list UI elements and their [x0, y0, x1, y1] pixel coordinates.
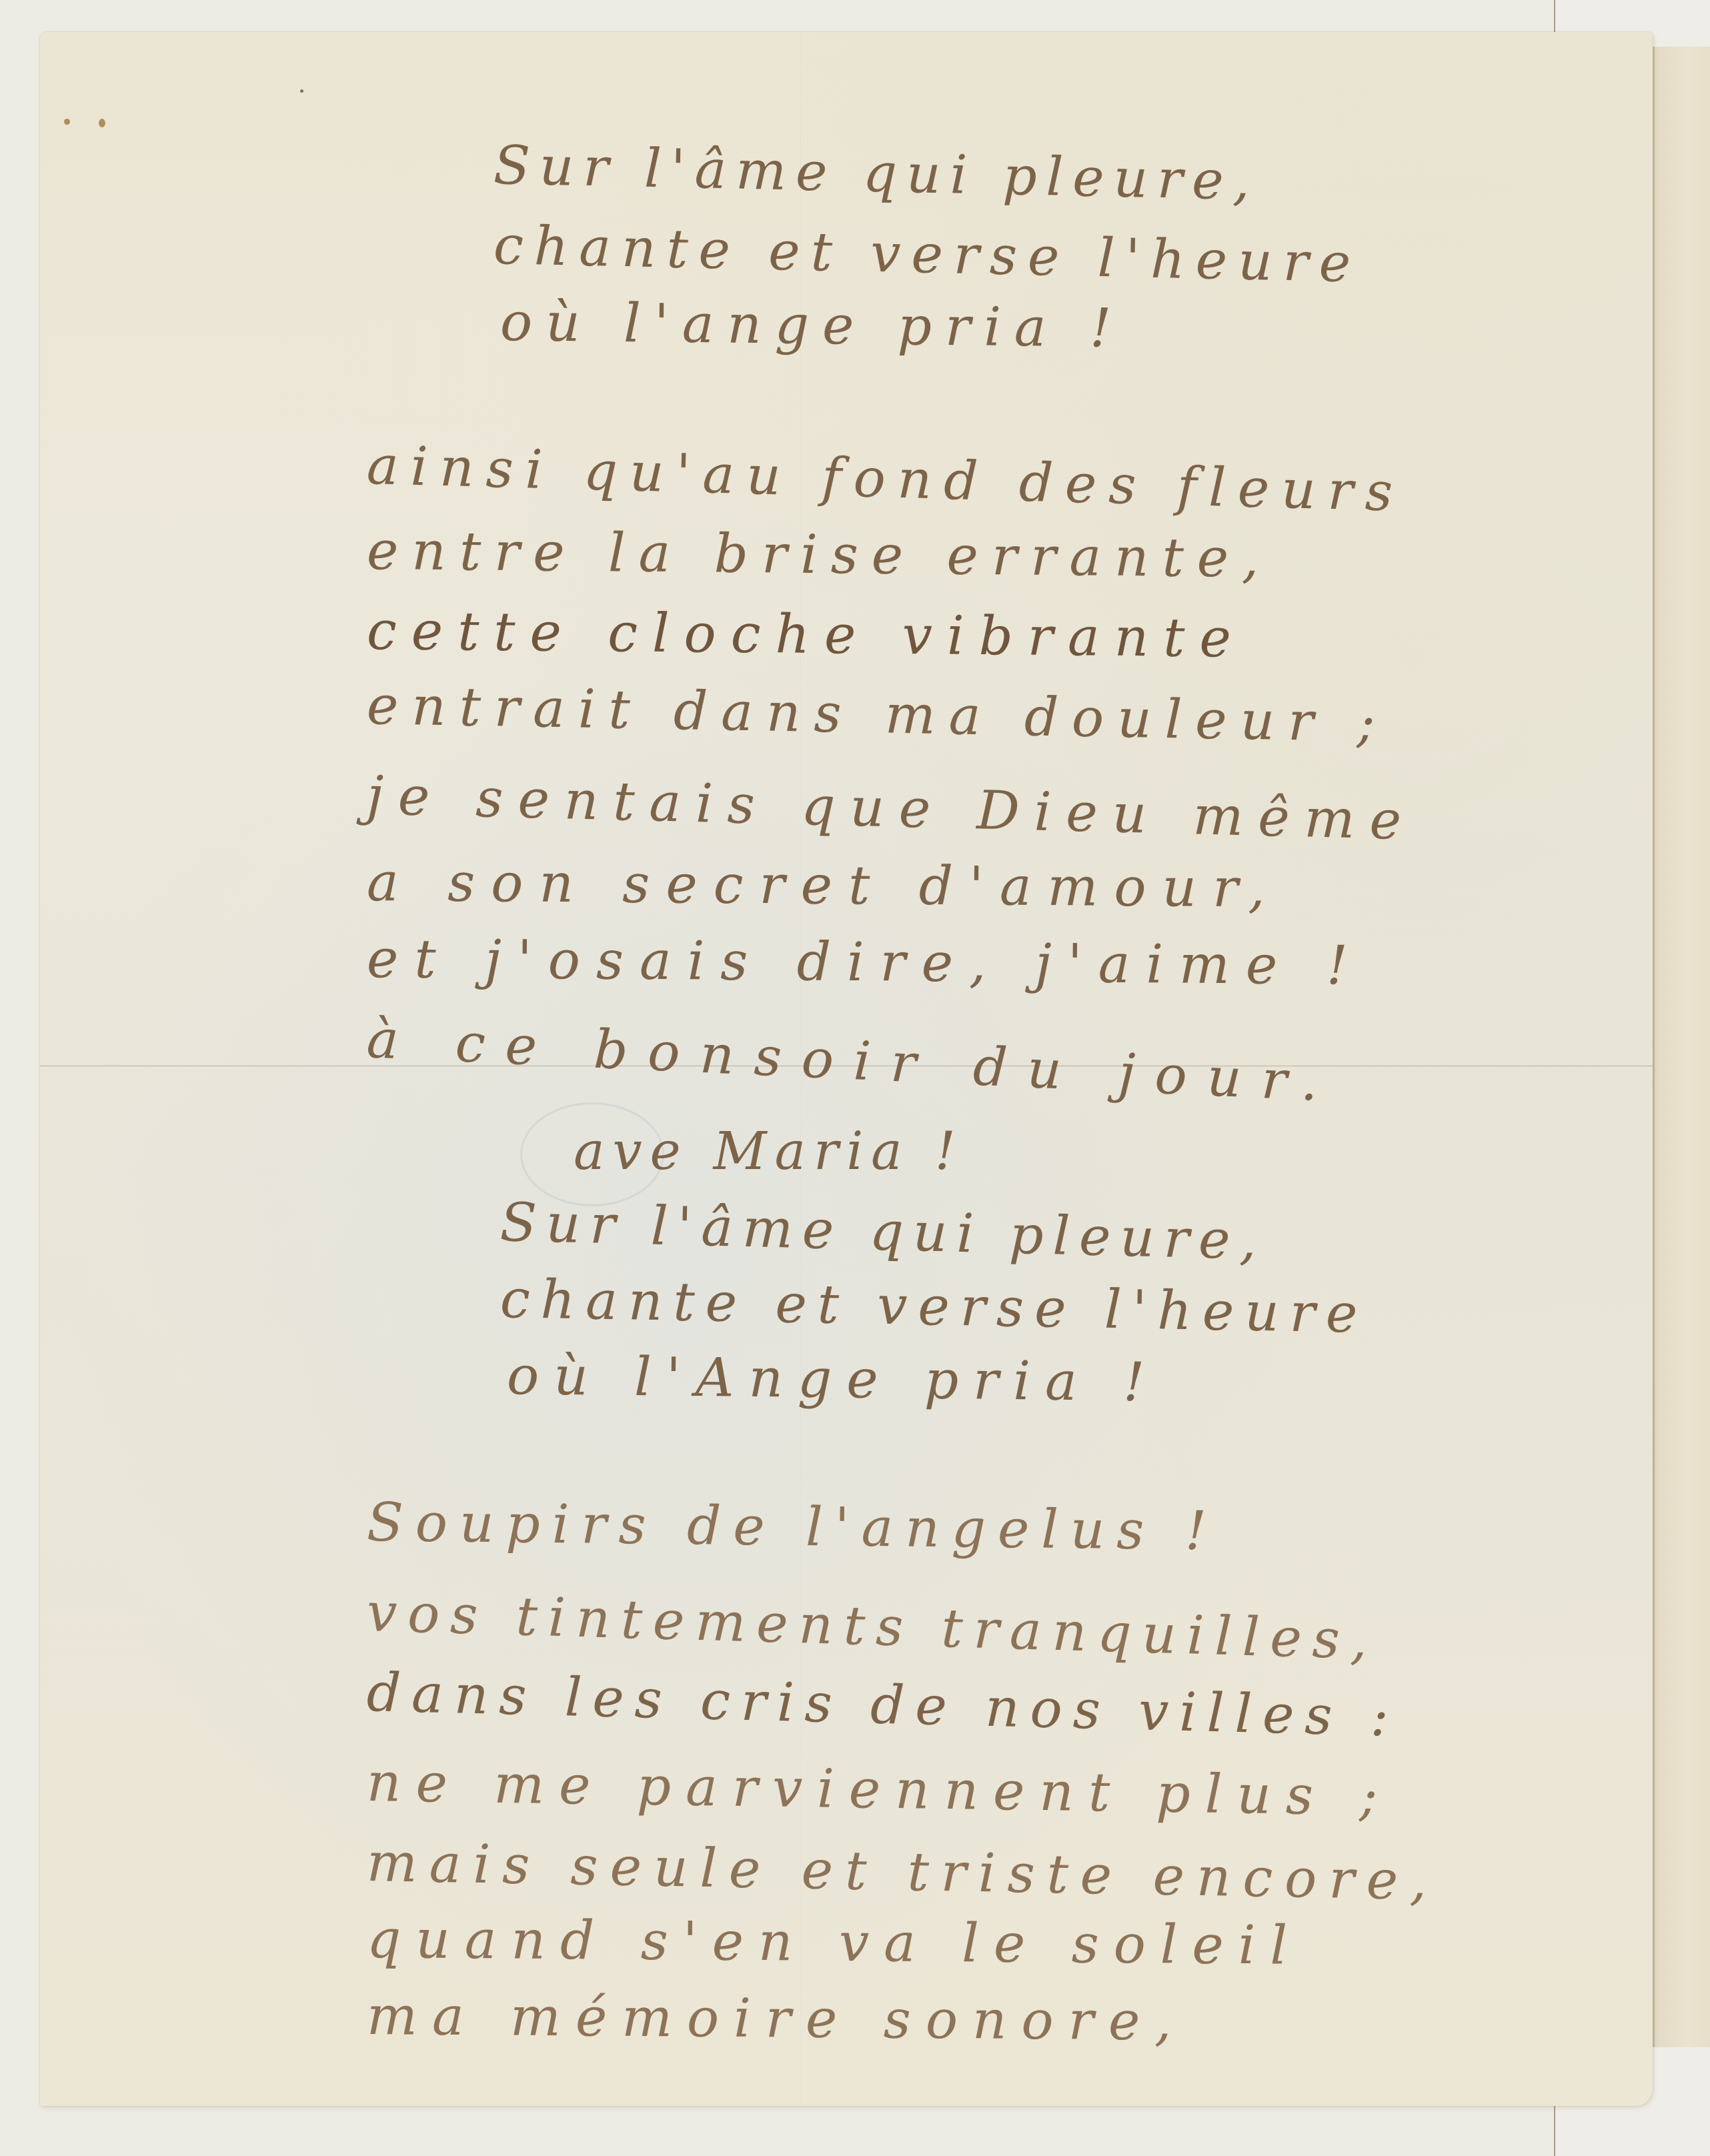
poem-line: dans les cris de nos villes :	[366, 1666, 1400, 1745]
manuscript-page: Sur l'âme qui pleure, chante et verse l'…	[40, 32, 1653, 2106]
poem-line: ne me parviennent plus ;	[366, 1756, 1392, 1823]
poem-line: chante et verse l'heure	[493, 219, 1362, 290]
poem-line: quand s'en va le soleil	[367, 1913, 1302, 1973]
poem-line: entre la brise errante,	[367, 524, 1272, 586]
poem-line: à ce bonsoir du jour.	[365, 1012, 1339, 1110]
poem-line: mais seule et triste encore,	[366, 1836, 1439, 1908]
poem-line: Soupirs de l'angelus !	[367, 1496, 1219, 1558]
poem-line: où l'Ange pria !	[507, 1349, 1160, 1409]
poem-line: où l'ange pria !	[500, 295, 1125, 355]
poem-line: a son secret d'amour,	[367, 856, 1282, 916]
poem-line: ainsi qu'au fond des fleurs	[366, 439, 1405, 519]
poem-line: ave Maria !	[574, 1126, 964, 1178]
poem-line: Sur l'âme qui pleure,	[500, 1196, 1266, 1268]
poem-line: cette cloche vibrante	[367, 604, 1246, 665]
poem-line: vos tintements tranquilles,	[366, 1586, 1379, 1667]
poem-line: je sentais que Dieu même	[366, 769, 1417, 848]
poem-line: entrait dans ma douleur ;	[366, 679, 1389, 750]
poem-line: ma mémoire sonore,	[367, 1989, 1186, 2049]
poem-line: chante et verse l'heure	[500, 1272, 1369, 1341]
poem-line: et j'osais dire, j'aime !	[367, 932, 1364, 992]
poem-line: Sur l'âme qui pleure,	[493, 139, 1260, 208]
poem-text: Sur l'âme qui pleure, chante et verse l'…	[40, 32, 1653, 2106]
adjacent-page-edge	[1653, 47, 1710, 2047]
